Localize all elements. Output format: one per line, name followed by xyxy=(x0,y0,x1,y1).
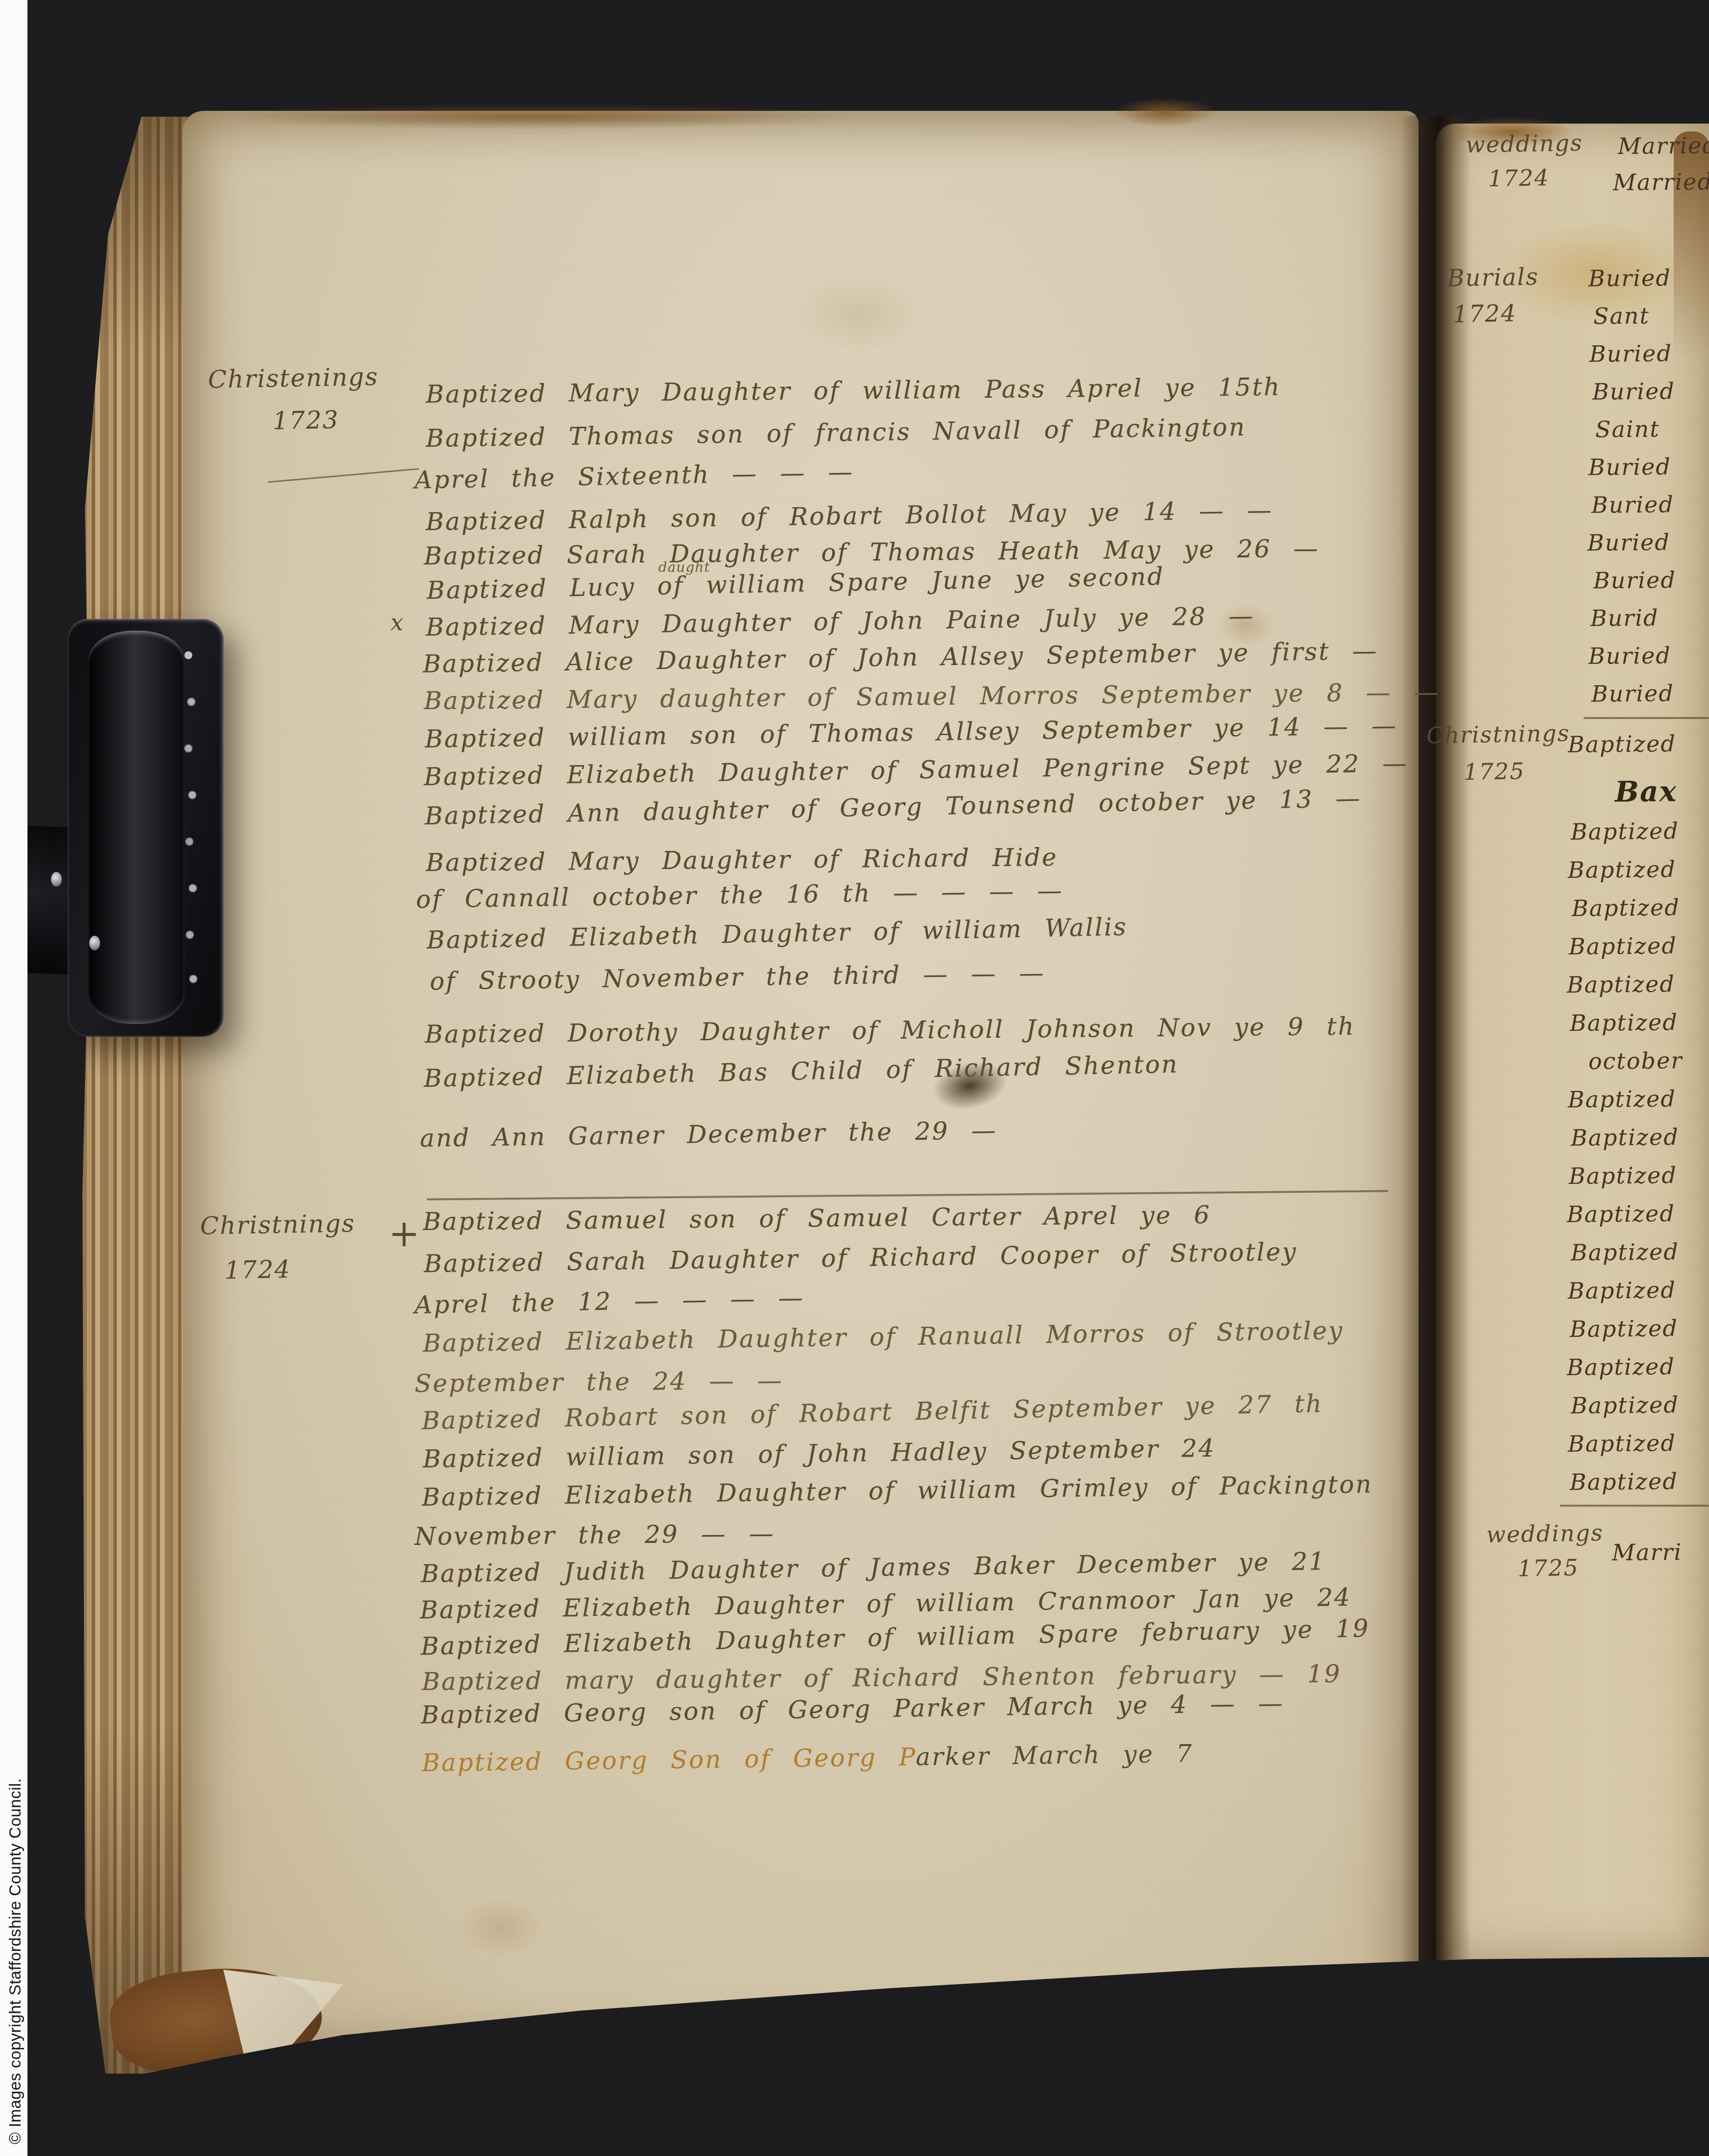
buried-word: Buried xyxy=(1588,453,1671,480)
clip-scallop-highlights xyxy=(184,651,192,659)
book-gutter xyxy=(1401,116,1471,1979)
margin-label-year-1725: 1725 xyxy=(1464,758,1526,785)
archive-photo: Christenings 1723 Christnings 1724 + x d… xyxy=(0,0,1709,2156)
margin-label-year-1725b: 1725 xyxy=(1518,1554,1580,1582)
baptized-word: Baptized xyxy=(1568,1430,1676,1457)
baptized-word: Baptized xyxy=(1569,932,1677,960)
register-entry: Baptized Mary Daughter of Richard Hide xyxy=(426,843,1058,877)
torn-edge xyxy=(206,104,868,129)
clip-rivet xyxy=(89,936,100,950)
register-entry: November the 29 — — xyxy=(414,1519,775,1551)
buried-word: Buried xyxy=(1588,264,1671,291)
plus-mark: + xyxy=(388,1211,420,1255)
torn-edge xyxy=(1113,98,1217,127)
buried-word: Buried xyxy=(1591,680,1674,707)
buried-word: Buried xyxy=(1589,340,1672,367)
margin-label-weddings-1724: weddings xyxy=(1466,129,1583,158)
baptized-word: Baptized xyxy=(1567,1353,1675,1381)
x-mark: x xyxy=(390,609,403,636)
baptized-word: Baptized xyxy=(1570,1009,1678,1036)
married-word: Married xyxy=(1618,132,1709,159)
buried-word: Buried xyxy=(1591,491,1674,518)
section-divider xyxy=(1583,717,1709,719)
baptized-word: Baptized xyxy=(1571,1238,1679,1266)
margin-label-christnings-1725: Christnings xyxy=(1426,719,1571,748)
married-word: Marri xyxy=(1612,1539,1683,1566)
buried-word: Sant xyxy=(1593,302,1650,329)
margin-label-year-1724b: 1724 xyxy=(1488,164,1550,192)
baptized-word: Baptized xyxy=(1569,1162,1677,1189)
baptized-word: Baptized xyxy=(1567,1200,1675,1228)
buried-word: Buried xyxy=(1592,378,1675,405)
clip-rivet xyxy=(51,872,62,887)
baptized-word: Baptized xyxy=(1568,1277,1676,1304)
baptized-word: Baptized xyxy=(1567,971,1675,998)
page-clip xyxy=(68,619,224,1037)
margin-label-year-1724: 1724 xyxy=(225,1255,291,1284)
baptized-word: Baptized xyxy=(1570,1468,1678,1495)
stain xyxy=(456,1898,544,1957)
stain xyxy=(795,275,922,353)
copyright-text: © Images copyright Staffordshire County … xyxy=(6,1778,25,2144)
baptized-word: Baptized xyxy=(1568,1085,1676,1113)
margin-label-christnings-1724: Christnings xyxy=(200,1209,356,1240)
clip-roller xyxy=(88,631,184,1024)
ochre-ink-text: Baptized Georg Son of Georg P xyxy=(422,1743,916,1777)
baptized-word: Baptized xyxy=(1571,1124,1679,1151)
register-entry: September the 24 — — xyxy=(414,1366,783,1398)
baptized-word: Baptized xyxy=(1568,856,1676,883)
margin-label-christenings-1723: Christenings xyxy=(208,362,379,394)
buried-word: Burid xyxy=(1590,604,1659,631)
baptized-word: Baptized xyxy=(1572,894,1680,922)
baptized-word: Baptized xyxy=(1571,1391,1679,1419)
margin-label-year-1723: 1723 xyxy=(273,406,339,435)
baptized-word: Baptized xyxy=(1568,730,1676,758)
margin-label-year-burials: 1724 xyxy=(1453,300,1517,328)
married-word: Married xyxy=(1613,168,1709,196)
baptized-word: Bax xyxy=(1615,774,1678,808)
buried-word: Buried xyxy=(1593,566,1676,593)
october-word: october xyxy=(1588,1047,1683,1075)
margin-label-weddings-1725: weddings xyxy=(1486,1519,1604,1548)
dark-ink-text: arker March ye 7 xyxy=(915,1739,1193,1771)
baptized-word: Baptized xyxy=(1570,1315,1678,1342)
baptized-word: Baptized xyxy=(1571,818,1679,845)
buried-word: Saint xyxy=(1595,415,1660,442)
buried-word: Buried xyxy=(1587,529,1670,556)
section-divider xyxy=(1560,1505,1709,1507)
margin-label-burials: Burials xyxy=(1447,263,1539,292)
buried-word: Buried xyxy=(1588,642,1671,669)
copyright-strip: © Images copyright Staffordshire County … xyxy=(0,0,27,2156)
